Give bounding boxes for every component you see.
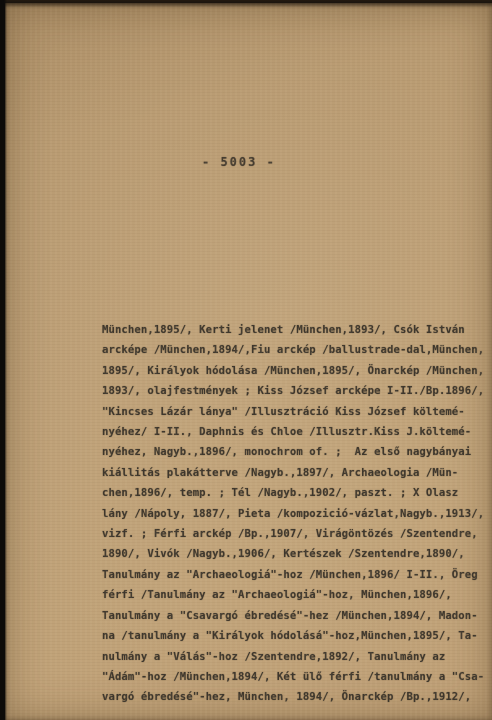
text-line: vargó ébredésé"-hez, München, 1894/, Öna…	[102, 687, 477, 707]
text-line: chen,1896/, temp. ; Tél /Nagyb.,1902/, p…	[102, 483, 477, 503]
text-line: 1893/, olajfestmények ; Kiss József arck…	[102, 381, 477, 401]
text-line: Tanulmány a "Csavargó ébredésé"-hez /Mün…	[102, 606, 477, 626]
text-line: "Ádám"-hoz /München,1894/, Két ülő férfi…	[102, 667, 477, 687]
text-line: arcképe /München,1894/,Fiu arckép /ballu…	[102, 340, 477, 360]
text-line: "Kincses Lázár lánya" /Illusztráció Kiss…	[102, 402, 477, 422]
text-line: nulmány a "Válás"-hoz /Szentendre,1892/,…	[102, 647, 477, 667]
text-line: férfi /Tanulmány az "Archaeologiá"-hoz, …	[102, 585, 477, 605]
typewritten-text-block: München,1895/, Kerti jelenet /München,18…	[102, 320, 477, 708]
page-number: - 5003 -	[202, 155, 276, 169]
text-line: vizf. ; Férfi arckép /Bp.,1907/, Virágön…	[102, 524, 477, 544]
text-line: lány /Nápoly, 1887/, Pieta /kompozició-v…	[102, 504, 477, 524]
text-line: kiállitás plakátterve /Nagyb.,1897/, Arc…	[102, 463, 477, 483]
text-line: München,1895/, Kerti jelenet /München,18…	[102, 320, 477, 340]
text-line: Tanulmány az "Archaeologiá"-hoz /München…	[102, 565, 477, 585]
text-line: nyéhez, Nagyb.,1896/, monochrom of. ; Az…	[102, 442, 477, 462]
text-line: 1895/, Királyok hódolása /München,1895/,…	[102, 361, 477, 381]
scanned-document: - 5003 - München,1895/, Kerti jelenet /M…	[0, 0, 492, 720]
text-line: nyéhez/ I-II., Daphnis és Chloe /Illuszt…	[102, 422, 477, 442]
text-line: 1890/, Vivók /Nagyb.,1906/, Kertészek /S…	[102, 544, 477, 564]
paper-sheet: - 5003 - München,1895/, Kerti jelenet /M…	[5, 3, 492, 720]
text-line: na /tanulmány a "Királyok hódolásá"-hoz,…	[102, 626, 477, 646]
